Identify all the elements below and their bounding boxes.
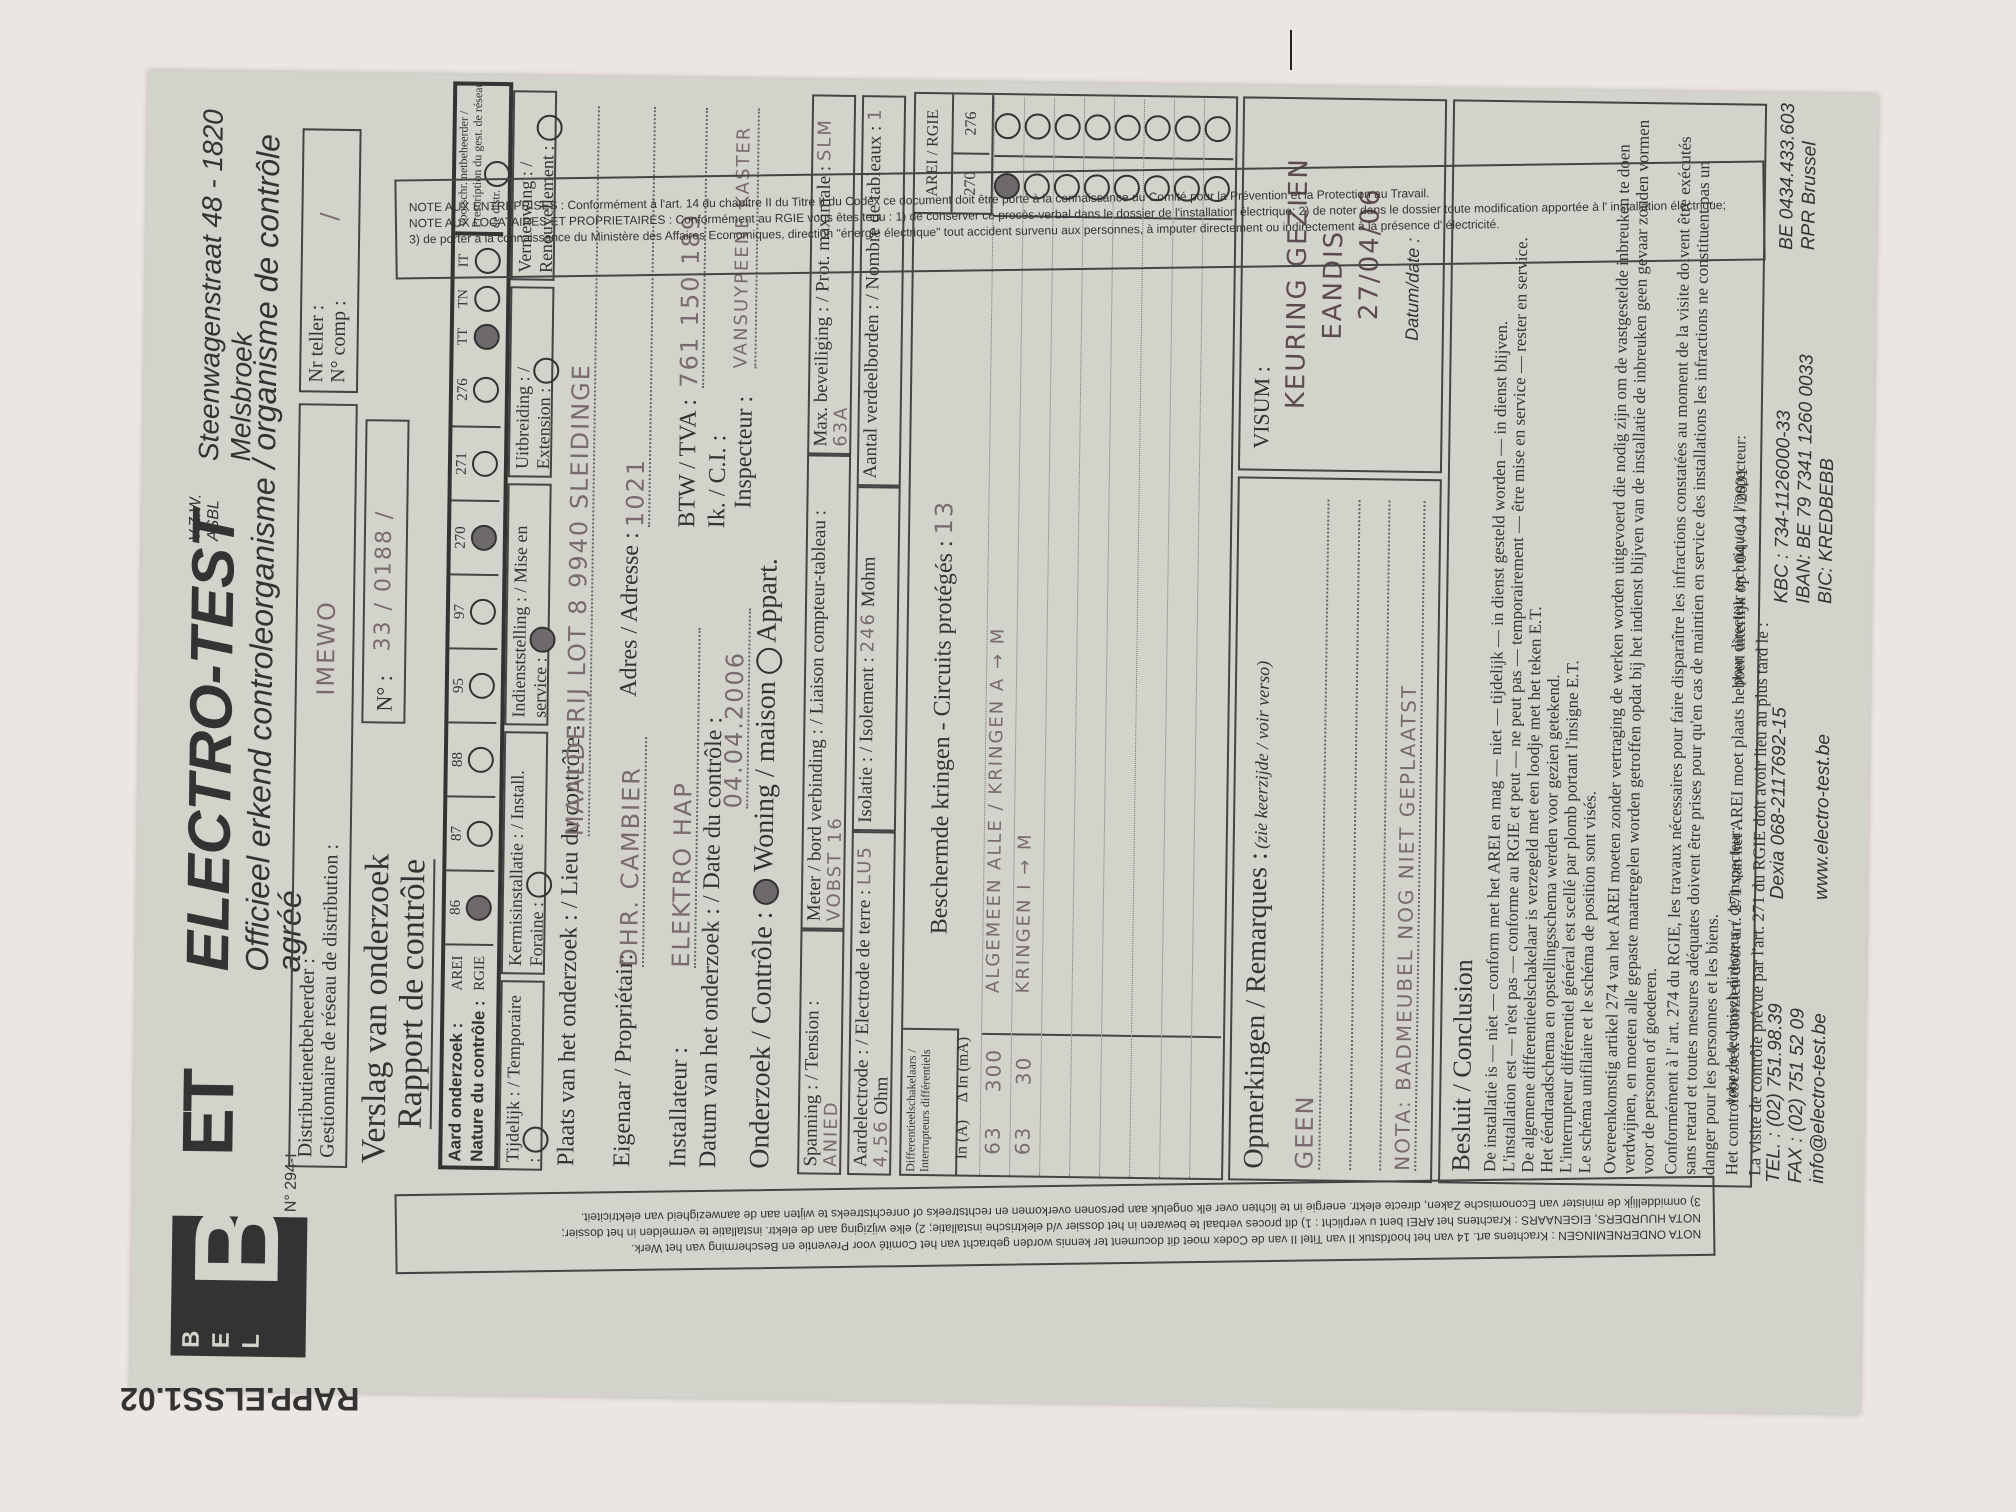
art-276-radio[interactable]: [1205, 116, 1231, 142]
nature-radio[interactable]: [472, 451, 498, 477]
signature-right: pour directeur technique, / l'inspecteur…: [1729, 435, 1750, 686]
title-fr: Rapport de contrôle: [392, 859, 436, 1130]
logo-mark: B: [181, 1201, 292, 1289]
nature-radio[interactable]: [470, 599, 496, 625]
visum-box: VISUM : KEURING GEZIEN EANDIS 27/04/06 D…: [1238, 96, 1447, 473]
conclusion-paragraph: Overeenkomstig artikel 274 van het AREI …: [1600, 114, 1672, 1175]
logo-letters: BEL: [177, 1328, 267, 1349]
delta-value[interactable]: [1131, 1035, 1161, 1107]
art-276-radio[interactable]: [1055, 114, 1081, 140]
remarks-hint: (zie keerzijde / voir verso): [1251, 661, 1275, 849]
desk-mark: [1290, 30, 1292, 70]
in-value[interactable]: 63: [1010, 1105, 1040, 1175]
art-276-radio[interactable]: [1145, 115, 1171, 141]
distributor-value[interactable]: IMEWO: [312, 600, 341, 696]
network-option-TN[interactable]: TN: [454, 279, 503, 318]
art-276-radio[interactable]: [995, 113, 1021, 139]
nature-option-97[interactable]: 97: [449, 575, 498, 650]
delta-value[interactable]: [1101, 1035, 1131, 1107]
meter-value[interactable]: /: [315, 210, 343, 220]
network-option-TT[interactable]: TT: [453, 317, 502, 356]
art-276-radio[interactable]: [1025, 113, 1051, 139]
remarks-note[interactable]: NOTA: BADMEUBEL NOG NIET GEPLAATST: [1390, 501, 1425, 1171]
company-suffix: V.Z.W. ASBL: [187, 481, 224, 541]
conclusion-statements: De installatie is — niet — conform met h…: [1480, 112, 1609, 1173]
remarks-title: Opmerkingen / Remarques :: [1238, 852, 1274, 1169]
footer-bank-dexia: Dexia 068-2117692-15 www.electro-test.be: [1767, 707, 1836, 900]
nature-option-95[interactable]: 95: [448, 649, 497, 724]
conclusion-title: Besluit / Conclusion: [1446, 959, 1479, 1172]
in-value[interactable]: [1040, 1106, 1070, 1176]
nature-option-87[interactable]: 87: [446, 797, 495, 872]
diff-header: Differentieelschakelaars / Interrupteurs…: [901, 1028, 959, 1175]
nature-radio[interactable]: [469, 673, 495, 699]
in-value[interactable]: 63: [980, 1105, 1010, 1175]
in-value[interactable]: [1160, 1107, 1190, 1177]
footer-vat: BE 0434.433.603RPR Brussel: [1776, 103, 1844, 251]
fairground-radio[interactable]: [526, 871, 552, 897]
nature-label: Aard onderzoek :Nature du contrôle :: [444, 1000, 490, 1162]
type-commissioning: Indienststelling : / Mise en service :: [504, 483, 551, 726]
apartment-radio[interactable]: [756, 648, 782, 674]
delta-value[interactable]: [1071, 1034, 1101, 1106]
distributor-box: Distributienetbeheerder :Gestionnaire de…: [288, 403, 358, 1168]
delta-value[interactable]: 300: [981, 1033, 1011, 1105]
et-logo: ET: [173, 1072, 244, 1157]
nature-option-86[interactable]: 86: [445, 871, 494, 946]
distributor-label: Distributienetbeheerder :Gestionnaire de…: [294, 843, 342, 1157]
commissioning-radio[interactable]: [529, 627, 555, 653]
type-extension: Uitbreiding : / Extension :: [508, 286, 555, 477]
conclusion-paragraph: Conformément à l' art. 274 du RGIE, les …: [1661, 114, 1733, 1175]
nature-radio[interactable]: [471, 525, 497, 551]
nature-option-276[interactable]: 276: [452, 353, 501, 428]
type-fairground: Kermisinstallatie : / Install. Foraine :: [501, 731, 548, 974]
network-radio[interactable]: [474, 324, 500, 350]
type-temporary: Tijdelijk : / Temporaire :: [498, 980, 545, 1171]
extension-radio[interactable]: [533, 357, 559, 383]
nature-option-88[interactable]: 88: [447, 723, 496, 798]
in-value[interactable]: [1190, 1108, 1220, 1178]
delta-value[interactable]: [1161, 1035, 1191, 1107]
renewal-radio[interactable]: [536, 115, 562, 141]
nature-option-270[interactable]: 270: [450, 501, 499, 576]
nature-radio[interactable]: [468, 747, 494, 773]
nature-options: 8687889597270271276: [445, 353, 501, 946]
footer-bank-kbc: KBC : 734-1126000-33IBAN: BE 79 7341 126…: [1771, 354, 1840, 604]
in-value[interactable]: [1070, 1106, 1100, 1176]
be-l-test-logo: BEL B: [170, 1216, 307, 1358]
remarks-box: Opmerkingen / Remarques : (zie keerzijde…: [1228, 476, 1442, 1183]
protected-circuits-label: Beschermde kringen - Circuits protégés :…: [924, 500, 959, 935]
art-276-radio[interactable]: [1175, 115, 1201, 141]
nature-radio[interactable]: [466, 895, 492, 921]
arei-rgie-label: AREIRGIE: [447, 955, 491, 991]
art-276-radio[interactable]: [1085, 114, 1111, 140]
form-code: RAPP.ELSS1.02: [120, 1380, 360, 1417]
nature-radio[interactable]: [467, 821, 493, 847]
temporary-radio[interactable]: [522, 1127, 548, 1153]
house-radio[interactable]: [752, 878, 778, 904]
delta-value[interactable]: [1191, 1036, 1221, 1108]
conclusion-paragraphs: Overeenkomstig artikel 274 van het AREI …: [1600, 114, 1783, 1176]
meter-label: Nr teller :N° comp :: [305, 300, 350, 383]
company-name: ELECTRO-TEST: [178, 511, 244, 972]
art-276-radio[interactable]: [1115, 115, 1141, 141]
footer: TEL. : (02) 751.98.39FAX : (02) 751 52 0…: [1763, 103, 1844, 1184]
nature-option-271[interactable]: 271: [451, 427, 500, 502]
report-number-value[interactable]: 33 / 0188 /: [370, 510, 397, 652]
in-value[interactable]: [1130, 1107, 1160, 1177]
network-radio[interactable]: [474, 286, 500, 312]
notes-fr-box: NOTE AUX ENTREPRISES : Conformément à l'…: [394, 160, 1765, 279]
report-number-box: N° : 33 / 0188 /: [361, 419, 409, 724]
in-value[interactable]: [1100, 1107, 1130, 1177]
remarks-value[interactable]: GEEN: [1290, 499, 1329, 1169]
meter-box: Nr teller :N° comp : /: [299, 128, 362, 393]
delta-value[interactable]: [1041, 1034, 1071, 1106]
footer-contact: TEL. : (02) 751.98.39FAX : (02) 751 52 0…: [1763, 1003, 1832, 1183]
delta-value[interactable]: 30: [1011, 1033, 1041, 1105]
nature-radio[interactable]: [473, 377, 499, 403]
